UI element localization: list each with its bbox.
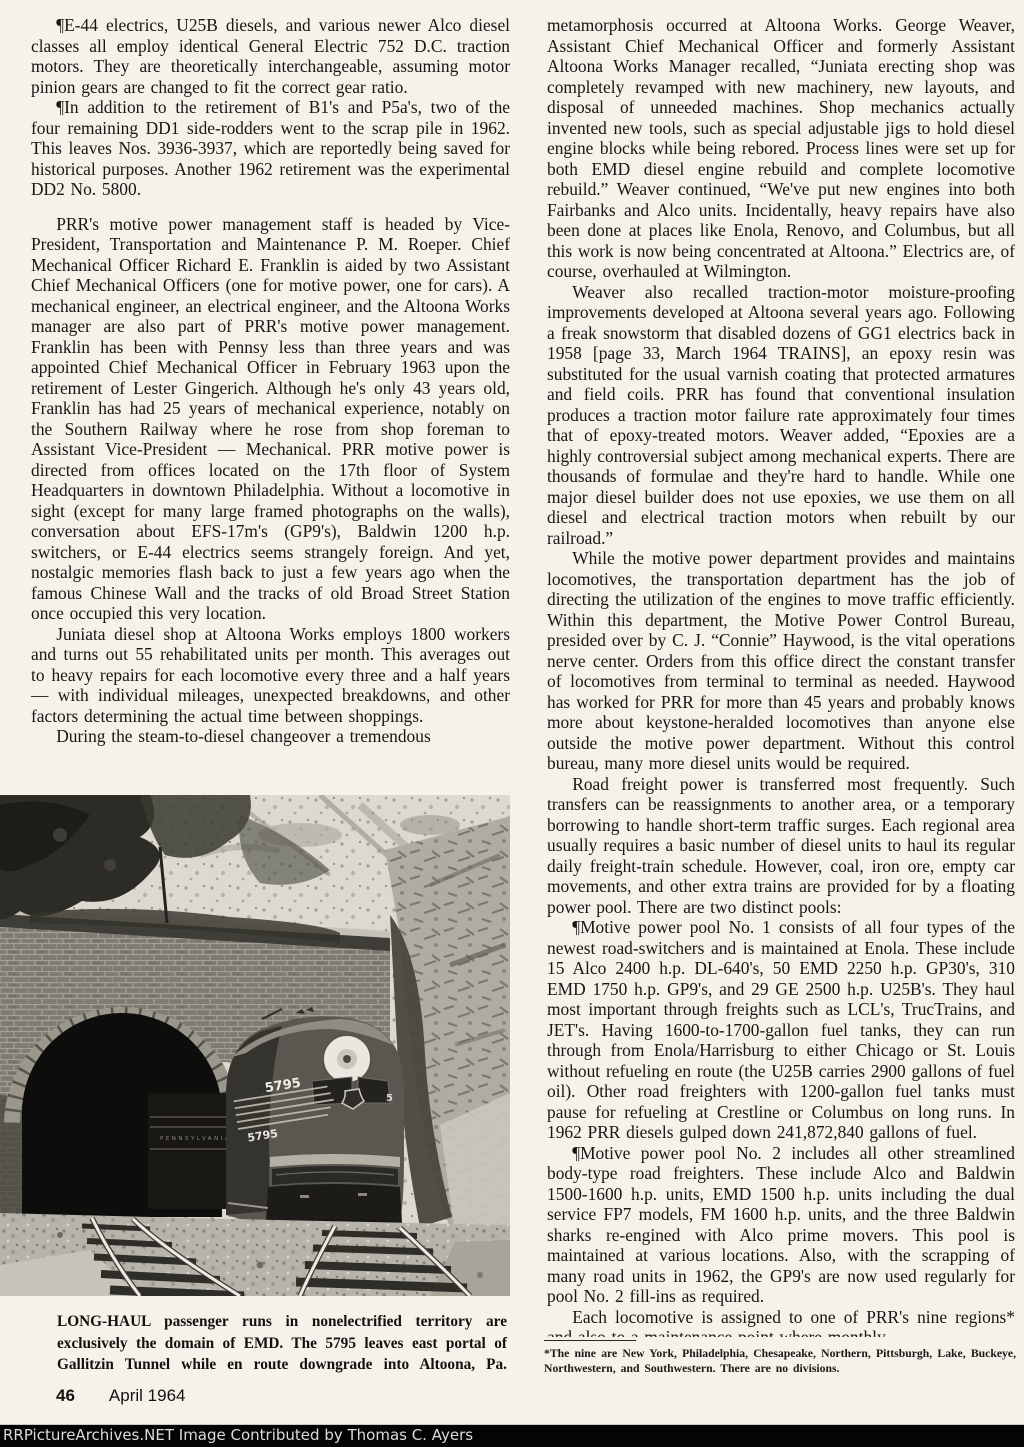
body-paragraph: During the steam-to-diesel changeover a … (31, 726, 510, 747)
side-lettering: PENNSYLVANIA (160, 1136, 231, 1142)
footnote-rule (544, 1340, 636, 1341)
left-column: ¶E-44 electrics, U25B diesels, and vario… (31, 15, 510, 793)
body-paragraph: ¶E-44 electrics, U25B diesels, and vario… (31, 15, 510, 97)
train-cars-in-tunnel: PENNSYLVANIA (148, 1093, 232, 1209)
body-paragraph: Each locomotive is assigned to one of PR… (547, 1307, 1015, 1338)
page-number: 46 (56, 1386, 75, 1406)
footnote-text: *The nine are New York, Philadelphia, Ch… (544, 1347, 1016, 1376)
cab-number: 5 (386, 1093, 393, 1104)
body-paragraph: ¶Motive power pool No. 2 includes all ot… (547, 1143, 1015, 1307)
body-paragraph: ¶In addition to the retirement of B1's a… (31, 97, 510, 200)
body-paragraph: ¶Motive power pool No. 1 consists of all… (547, 917, 1015, 1143)
magazine-page: ¶E-44 electrics, U25B diesels, and vario… (0, 0, 1024, 1447)
issue-date: April 1964 (109, 1386, 186, 1406)
body-paragraph: PRR's motive power management staff is h… (31, 214, 510, 624)
body-paragraph: Juniata diesel shop at Altoona Works emp… (31, 624, 510, 727)
tunnel-photo-art: PENNSYLVANIA 5795 5795 5 (0, 795, 510, 1296)
watermark-bar: RRPictureArchives.NET Image Contributed … (0, 1424, 1024, 1447)
footnote: *The nine are New York, Philadelphia, Ch… (544, 1340, 1016, 1376)
body-paragraph: Road freight power is transferred most f… (547, 774, 1015, 918)
body-paragraph: While the motive power department provid… (547, 548, 1015, 774)
tunnel-photo: PENNSYLVANIA 5795 5795 5 (0, 795, 510, 1296)
watermark-text: RRPictureArchives.NET Image Contributed … (0, 1425, 1024, 1446)
body-paragraph: metamorphosis occurred at Altoona Works.… (547, 15, 1015, 282)
right-column: metamorphosis occurred at Altoona Works.… (547, 15, 1015, 1337)
body-paragraph: Weaver also recalled traction-motor mois… (547, 282, 1015, 549)
page-footer: 46 April 1964 (56, 1386, 185, 1406)
photo-caption: LONG-HAUL passenger runs in nonelectrifi… (57, 1311, 507, 1376)
